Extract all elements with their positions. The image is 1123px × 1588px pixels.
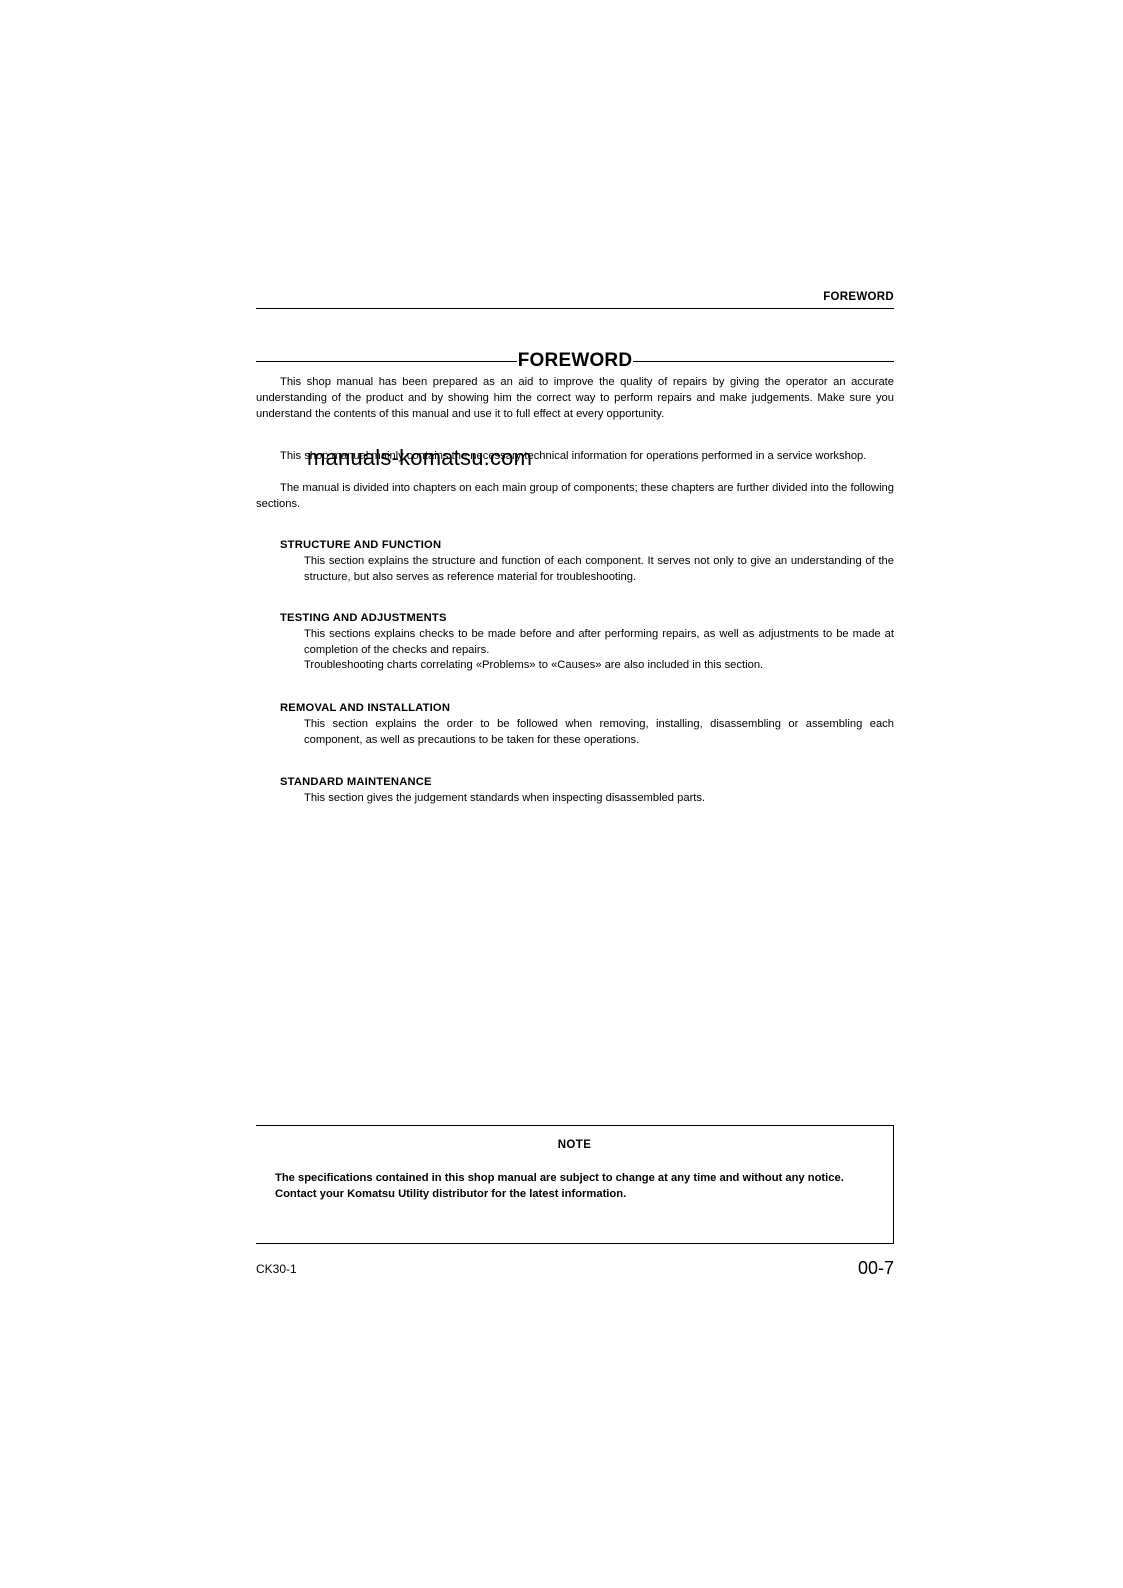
- page-title: FOREWORD: [517, 350, 634, 372]
- section-description: This sections explains checks to be made…: [304, 627, 894, 659]
- division-paragraph: The manual is divided into chapters on e…: [256, 481, 894, 513]
- title-rule-left: [256, 361, 517, 362]
- note-title: NOTE: [256, 1139, 893, 1151]
- footer-page-number: 00-7: [858, 1258, 894, 1279]
- note-line: Contact your Komatsu Utility distributor…: [275, 1186, 877, 1202]
- section-heading: REMOVAL AND INSTALLATION: [280, 701, 894, 717]
- intro-paragraph: This shop manual has been prepared as an…: [256, 375, 894, 422]
- section-removal-and-installation: REMOVAL AND INSTALLATION This section ex…: [280, 701, 894, 748]
- footer-model: CK30-1: [256, 1262, 297, 1276]
- section-heading: STRUCTURE AND FUNCTION: [280, 538, 894, 554]
- section-description: Troubleshooting charts correlating «Prob…: [304, 658, 894, 674]
- section-heading: STANDARD MAINTENANCE: [280, 775, 894, 791]
- section-structure-and-function: STRUCTURE AND FUNCTION This section expl…: [280, 538, 894, 585]
- section-description: This section gives the judgement standar…: [304, 791, 894, 807]
- watermark: manuals-komatsu.com: [307, 445, 532, 471]
- document-page: FOREWORD FOREWORD This shop manual has b…: [256, 0, 894, 1588]
- section-description: This section explains the structure and …: [304, 554, 894, 586]
- note-line: The specifications contained in this sho…: [275, 1170, 877, 1186]
- title-rule-right: [633, 361, 894, 362]
- section-heading: TESTING AND ADJUSTMENTS: [280, 611, 894, 627]
- note-box: NOTE The specifications contained in thi…: [256, 1125, 894, 1244]
- section-testing-and-adjustments: TESTING AND ADJUSTMENTS This sections ex…: [280, 611, 894, 674]
- section-description: This section explains the order to be fo…: [304, 717, 894, 749]
- note-text: The specifications contained in this sho…: [275, 1170, 877, 1202]
- running-header: FOREWORD: [823, 291, 894, 303]
- header-rule: [256, 308, 894, 309]
- title-row: FOREWORD: [256, 350, 894, 372]
- section-standard-maintenance: STANDARD MAINTENANCE This section gives …: [280, 775, 894, 807]
